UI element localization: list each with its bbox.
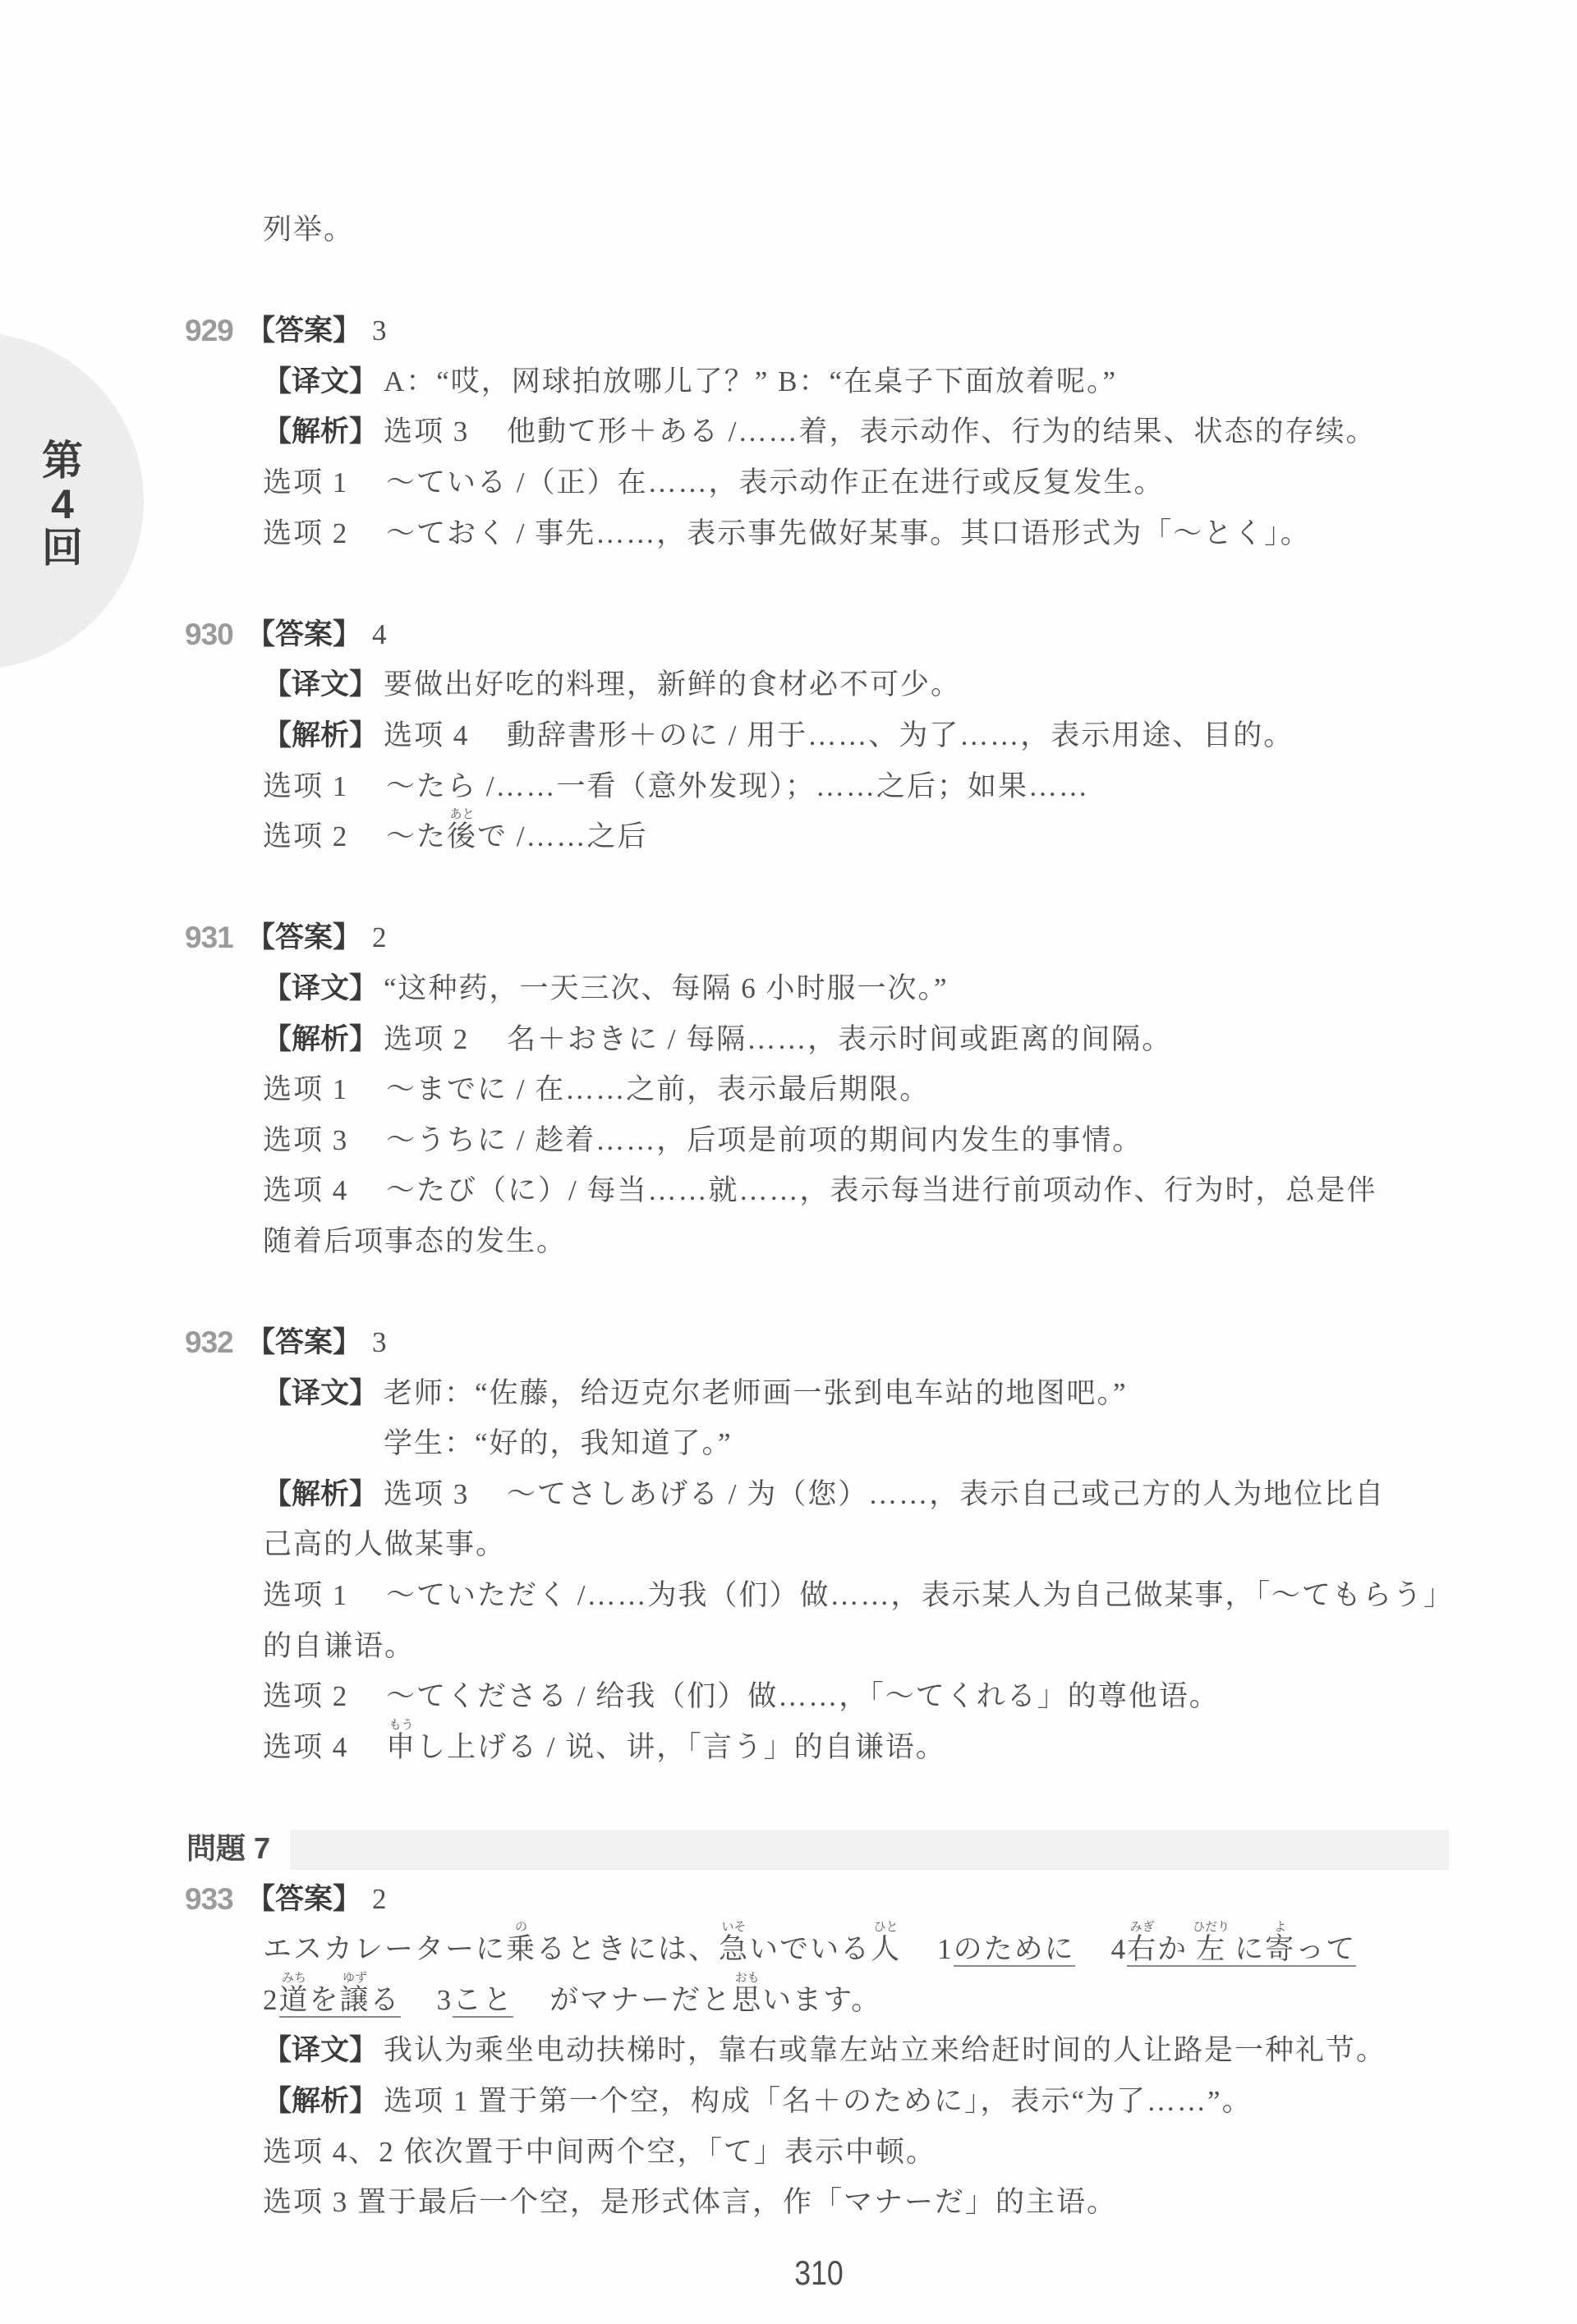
page-number: 310 (777, 2253, 861, 2293)
option-text: ～たび（に）/ 每当……就……，表示每当进行前项动作、行为时，总是伴 (386, 1174, 1377, 1206)
sentence-text: って (1295, 1933, 1356, 1965)
analysis-row: 【解析】选项 2名＋おきに / 每隔……，表示时间或距离的间隔。 (263, 1014, 1470, 1065)
translation-text: “这种药，一天三次、每隔 6 小时服一次。” (384, 972, 949, 1004)
answer-blank: 1のために (937, 1933, 1075, 1965)
option-label: 选项 3 (384, 406, 507, 457)
answer-row: 933 【答案】2 (263, 1874, 1470, 1925)
option-continuation: 随着后项事态的发生。 (263, 1216, 1470, 1267)
option-text: ～ておく / 事先……，表示事先做好某事。其口语形式为「～とく」。 (386, 517, 1311, 549)
option-row: 选项 1～までに / 在……之前，表示最后期限。 (263, 1064, 1470, 1115)
option-label: 选项 3 (384, 1469, 507, 1520)
ruby-base: 人 (871, 1933, 901, 1965)
option-text: で /……之后 (477, 820, 647, 852)
option-label: 选项 2 (384, 1014, 507, 1065)
option-label: 选项 1 (263, 457, 386, 508)
spacer (263, 862, 1470, 913)
analysis-label: 【解析】 (263, 2076, 384, 2127)
option-row: 选项 4、2 依次置于中间两个空，「て」表示中顿。 (263, 2127, 1470, 2178)
ruby-base: 申 (386, 1731, 416, 1763)
option-label: 选项 2 (263, 1671, 386, 1722)
analysis-row: 【解析】选项 4動辞書形＋のに / 用于……、为了……，表示用途、目的。 (263, 710, 1470, 761)
blank-underlined-text: 右みぎか左ひだりに寄よって (1127, 1933, 1356, 1967)
answer-blank: 3こと (437, 1984, 514, 2016)
translation-row: 【译文】“这种药，一天三次、每隔 6 小时服一次。” (263, 963, 1470, 1014)
furigana-word: 譲ゆず (340, 1975, 370, 2026)
spacer (263, 1772, 1470, 1823)
ruby-base: 思 (732, 1984, 762, 2016)
question-931: 931 【答案】2 【译文】“这种药，一天三次、每隔 6 小时服一次。” 【解析… (263, 912, 1470, 1266)
option-text: ～てくださる / 给我（们）做……，「～てくれる」的尊他语。 (386, 1680, 1220, 1712)
furigana-word: 道みち (279, 1975, 310, 2026)
ruby-text: みぎ (1130, 1922, 1155, 1934)
sentence-text: がマナーだと (549, 1984, 732, 2016)
furigana-word: 寄よ (1265, 1924, 1295, 1975)
chapter-tab-label: 第 4 回 (39, 439, 85, 570)
option-row: 选项 2～た後あとで /……之后 (263, 811, 1470, 862)
option-text: し上げる / 说、讲，「言う」的自谦语。 (416, 1731, 946, 1763)
translation-text: 老师：“佐藤，给迈克尔老师画一张到电车站的地图吧。” (384, 1377, 1128, 1409)
ruby-text: いそ (722, 1922, 747, 1934)
ruby-text: よ (1274, 1922, 1286, 1934)
question-932: 932 【答案】3 【译文】老师：“佐藤，给迈克尔老师画一张到电车站的地图吧。”… (263, 1317, 1470, 1772)
continuation-line: 列举。 (263, 204, 1470, 255)
option-label: 选项 1 (263, 761, 386, 812)
sentence-text: こと (453, 1984, 513, 2016)
answer-label: 【答案】 (246, 305, 367, 356)
furigana-word: 右みぎ (1127, 1924, 1157, 1975)
option-label: 选项 2 (263, 811, 386, 862)
page-content: 列举。 929 【答案】3 【译文】A：“哎，网球拍放哪儿了？” B：“在桌子下… (263, 204, 1470, 2228)
spacer (263, 255, 1470, 306)
translation-label: 【译文】 (263, 356, 384, 407)
sentence-text: います。 (762, 1984, 881, 2016)
answer-value: 3 (372, 1326, 389, 1358)
translation-row: 【译文】老师：“佐藤，给迈克尔老师画一张到电车站的地图吧。” (263, 1368, 1470, 1419)
section-header: 問題 7 (263, 1823, 1470, 1874)
sentence-text: に (1234, 1933, 1265, 1965)
analysis-continuation: 己高的人做某事。 (263, 1519, 1470, 1570)
analysis-row: 【解析】选项 3他動て形＋ある /……着，表示动作、行为的结果、状态的存续。 (263, 406, 1470, 457)
option-text: ～までに / 在……之前，表示最后期限。 (386, 1073, 930, 1105)
ruby-base: 譲 (340, 1984, 370, 2016)
answer-value: 2 (372, 921, 389, 953)
analysis-label: 【解析】 (263, 710, 384, 761)
ruby-base: 寄 (1265, 1933, 1295, 1965)
blank-number: 3 (437, 1984, 453, 2016)
answer-blank: 2道みちを譲ゆずる (263, 1984, 401, 2018)
ruby-base: 後 (447, 820, 477, 852)
sentence-text: を (310, 1984, 340, 2016)
answer-value: 2 (372, 1883, 389, 1915)
furigana-word: 思おも (732, 1975, 762, 2026)
answer-row: 931 【答案】2 (263, 912, 1470, 963)
analysis-text: 名＋おきに / 每隔……，表示时间或距离的间隔。 (507, 1023, 1172, 1055)
analysis-label: 【解析】 (263, 406, 384, 457)
question-933: 933 【答案】2 エスカレーターに乗のるときには、急いそいでいる人ひと1のため… (263, 1874, 1470, 2228)
answer-row: 930 【答案】4 (263, 609, 1470, 660)
answer-label: 【答案】 (246, 1874, 367, 1925)
question-number: 930 (185, 609, 233, 660)
answer-blank: 4右みぎか左ひだりに寄よって (1111, 1933, 1357, 1965)
furigana-word: 申もう (386, 1722, 416, 1773)
translation-text: 学生：“好的，我知道了。” (384, 1427, 733, 1459)
option-row: 选项 1～ている /（正）在……，表示动作正在进行或反复发生。 (263, 457, 1470, 508)
question-sentence-line: エスカレーターに乗のるときには、急いそいでいる人ひと1のために4右みぎか左ひだり… (263, 1924, 1470, 1975)
translation-label: 【译文】 (263, 659, 384, 710)
furigana-word: 人ひと (871, 1924, 901, 1975)
analysis-text: 動辞書形＋のに / 用于……、为了……，表示用途、目的。 (507, 719, 1294, 751)
analysis-text: ～てさしあげる / 为（您）……，表示自己或己方的人为地位比自 (507, 1478, 1385, 1510)
blank-number: 1 (937, 1933, 954, 1965)
translation-label: 【译文】 (263, 2025, 384, 2076)
translation-label: 【译文】 (263, 1368, 384, 1419)
option-label: 选项 1 (263, 1570, 386, 1621)
option-label: 选项 4 (263, 1722, 386, 1773)
ruby-base: 急 (719, 1933, 749, 1965)
option-label: 选项 2 (263, 508, 386, 559)
section-title: 問題 7 (186, 1823, 270, 1874)
analysis-label: 【解析】 (263, 1469, 384, 1520)
translation-row-continued: 学生：“好的，我知道了。” (263, 1418, 1470, 1469)
furigana-word: 乗の (506, 1924, 536, 1975)
blank-number: 4 (1111, 1933, 1128, 1965)
analysis-row: 【解析】选项 1 置于第一个空，构成「名＋のために」，表示“为了……”。 (263, 2076, 1470, 2127)
translation-row: 【译文】我认为乘坐电动扶梯时，靠右或靠左站立来给赶时间的人让路是一种礼节。 (263, 2025, 1470, 2076)
furigana-word: 左ひだり (1188, 1924, 1234, 1975)
option-row: 选项 1～ていただく /……为我（们）做……，表示某人为自己做某事，「～てもらう… (263, 1570, 1470, 1621)
sentence-text: のために (954, 1933, 1075, 1965)
question-number: 929 (185, 305, 233, 356)
ruby-text: の (515, 1922, 527, 1934)
option-label: 选项 3 (263, 1115, 386, 1166)
sentence-text: いでいる (749, 1933, 871, 1965)
analysis-text: 他動て形＋ある /……着，表示动作、行为的结果、状态的存续。 (507, 416, 1376, 448)
sentence-text: るときには、 (536, 1933, 719, 1965)
option-text: ～ていただく /……为我（们）做……，表示某人为自己做某事，「～てもらう」 (386, 1579, 1454, 1611)
blank-underlined-text: のために (954, 1933, 1075, 1967)
option-row: 选项 1～たら /……一看（意外发现）；……之后；如果…… (263, 761, 1470, 812)
answer-row: 932 【答案】3 (263, 1317, 1470, 1368)
answer-value: 4 (372, 618, 389, 650)
ruby-base: 左 (1196, 1933, 1226, 1965)
blank-number: 2 (263, 1984, 279, 2016)
question-number: 933 (185, 1874, 233, 1925)
chapter-tab-char: 4 (39, 483, 85, 526)
ruby-text: あと (450, 809, 475, 821)
option-text: ～ている /（正）在……，表示动作正在进行或反复发生。 (386, 466, 1164, 498)
analysis-row: 【解析】选项 3～てさしあげる / 为（您）……，表示自己或己方的人为地位比自 (263, 1469, 1470, 1520)
option-row: 选项 4申もうし上げる / 说、讲，「言う」的自谦语。 (263, 1722, 1470, 1773)
sentence-text: か (1157, 1933, 1188, 1965)
sentence-text: エスカレーターに (263, 1933, 506, 1965)
ruby-text: もう (389, 1720, 413, 1732)
question-930: 930 【答案】4 【译文】要做出好吃的料理，新鲜的食材必不可少。 【解析】选项… (263, 609, 1470, 862)
chapter-tab-char: 第 (39, 439, 85, 483)
option-text: ～たら /……一看（意外发现）；……之后；如果…… (386, 770, 1089, 802)
section-header-band (290, 1830, 1449, 1870)
ruby-text: おも (735, 1973, 760, 1985)
spacer (263, 558, 1470, 609)
ruby-base: 道 (279, 1984, 310, 2016)
ruby-text: ひと (874, 1922, 899, 1934)
option-row: 选项 2～てくださる / 给我（们）做……，「～てくれる」的尊他语。 (263, 1671, 1470, 1722)
blank-underlined-text: こと (453, 1984, 513, 2018)
option-continuation: 的自谦语。 (263, 1621, 1470, 1672)
translation-row: 【译文】A：“哎，网球拍放哪儿了？” B：“在桌子下面放着呢。” (263, 356, 1470, 407)
book-page: 第 4 回 列举。 929 【答案】3 【译文】A：“哎，网球拍放哪儿了？” B… (0, 0, 1577, 2324)
sentence-text: る (370, 1984, 401, 2016)
ruby-text: ゆず (343, 1973, 367, 1985)
translation-text: 要做出好吃的料理，新鲜的食材必不可少。 (384, 668, 961, 700)
blank-underlined-text: 道みちを譲ゆずる (279, 1984, 401, 2018)
translation-label: 【译文】 (263, 963, 384, 1014)
answer-row: 929 【答案】3 (263, 305, 1470, 356)
option-row: 选项 2～ておく / 事先……，表示事先做好某事。其口语形式为「～とく」。 (263, 508, 1470, 559)
option-label: 选项 4 (263, 1165, 386, 1216)
translation-row: 【译文】要做出好吃的料理，新鲜的食材必不可少。 (263, 659, 1470, 710)
ruby-base: 乗 (506, 1933, 536, 1965)
answer-label: 【答案】 (246, 609, 367, 660)
ruby-text: ひだり (1193, 1922, 1230, 1934)
question-929: 929 【答案】3 【译文】A：“哎，网球拍放哪儿了？” B：“在桌子下面放着呢… (263, 305, 1470, 558)
option-row: 选项 3 置于最后一个空，是形式体言，作「マナーだ」的主语。 (263, 2177, 1470, 2228)
analysis-label: 【解析】 (263, 1014, 384, 1065)
analysis-text: 选项 1 置于第一个空，构成「名＋のために」，表示“为了……”。 (384, 2085, 1253, 2117)
answer-label: 【答案】 (246, 912, 367, 963)
ruby-text: みち (282, 1973, 306, 1985)
question-number: 932 (185, 1317, 233, 1368)
spacer (263, 1266, 1470, 1317)
question-sentence-line: 2道みちを譲ゆずる3ことがマナーだと思おもいます。 (263, 1975, 1470, 2026)
option-text: ～うちに / 趁着……，后项是前项的期间内发生的事情。 (386, 1124, 1143, 1156)
translation-text: 我认为乘坐电动扶梯时，靠右或靠左站立来给赶时间的人让路是一种礼节。 (384, 2034, 1386, 2066)
answer-label: 【答案】 (246, 1317, 367, 1368)
option-label: 选项 1 (263, 1064, 386, 1115)
option-row: 选项 3～うちに / 趁着……，后项是前项的期间内发生的事情。 (263, 1115, 1470, 1166)
furigana-word: 後あと (447, 811, 477, 862)
chapter-tab-char: 回 (39, 526, 85, 570)
furigana-word: 急いそ (719, 1924, 749, 1975)
question-number: 931 (185, 912, 233, 963)
option-label: 选项 4 (384, 710, 507, 761)
option-text: ～た (386, 820, 447, 852)
sentence-tail: がマナーだと思おもいます。 (549, 1984, 881, 2016)
ruby-base: 右 (1127, 1933, 1157, 1965)
answer-value: 3 (372, 315, 389, 347)
translation-text: A：“哎，网球拍放哪儿了？” B：“在桌子下面放着呢。” (384, 365, 1117, 397)
option-row: 选项 4～たび（に）/ 每当……就……，表示每当进行前项动作、行为时，总是伴 (263, 1165, 1470, 1216)
